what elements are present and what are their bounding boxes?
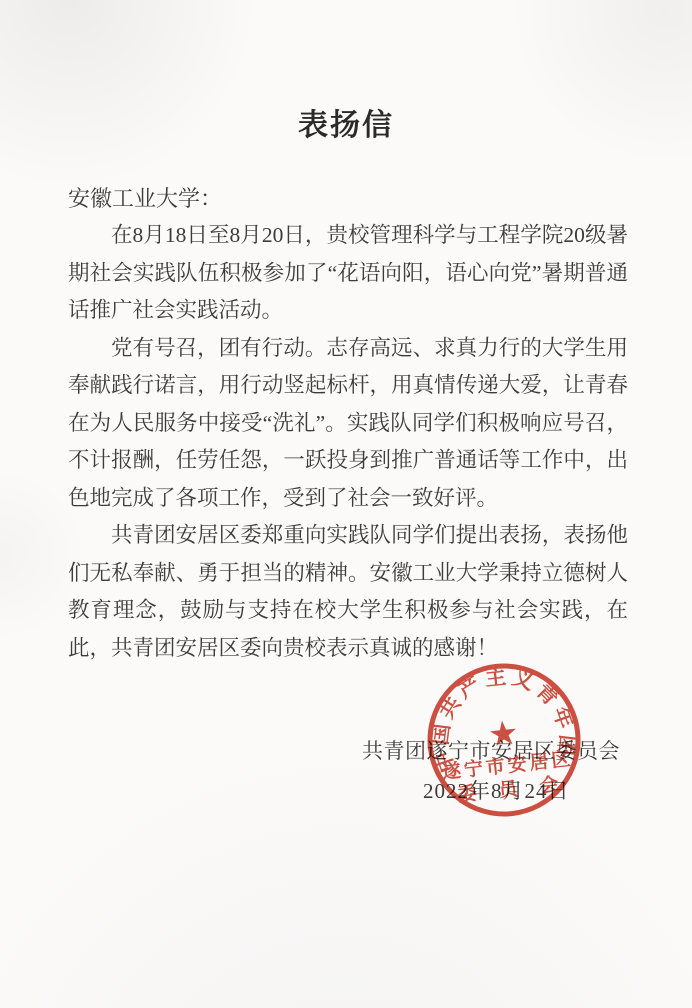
letter-body: 在8月18日至8月20日，贵校管理科学与工程学院20级暑期社会实践队伍积极参加了… <box>68 217 628 667</box>
date-line: 2022年8月24日 <box>423 775 570 805</box>
commendation-letter-page: 表扬信 安徽工业大学： 在8月18日至8月20日，贵校管理科学与工程学院20级暑… <box>0 0 692 1008</box>
letter-title: 表扬信 <box>0 100 692 144</box>
paragraph: 共青团安居区委郑重向实践队同学们提出表扬，表扬他们无私奉献、勇于担当的精神。安徽… <box>68 517 628 667</box>
paragraph: 在8月18日至8月20日，贵校管理科学与工程学院20级暑期社会实践队伍积极参加了… <box>68 217 628 330</box>
salutation: 安徽工业大学： <box>68 182 222 213</box>
signature-line: 共青团遂宁市安居区委员会 <box>362 735 620 765</box>
paragraph: 党有号召，团有行动。志存高远、求真力行的大学生用奉献践行诺言，用行动竖起标杆，用… <box>68 330 628 518</box>
